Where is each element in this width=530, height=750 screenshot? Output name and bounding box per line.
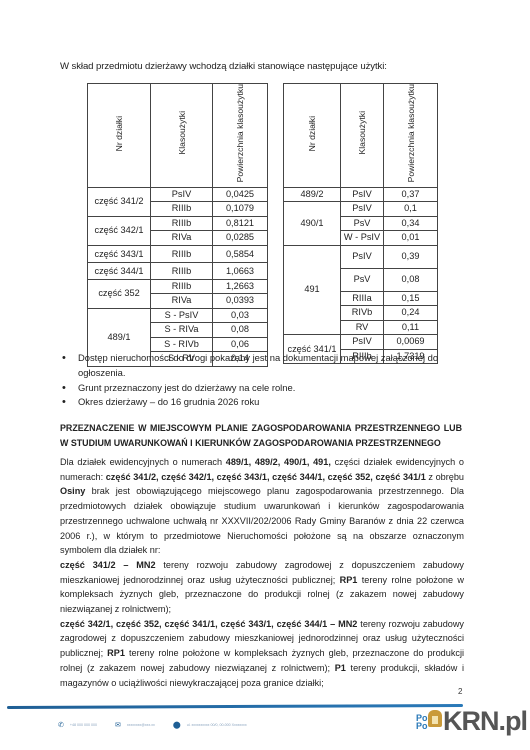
header-area: Powierzchnia klasoużytku — [235, 84, 245, 182]
plot-number-cell: część 344/1 — [88, 262, 151, 279]
land-class-cell: RIVa — [151, 294, 213, 309]
table-row: część 343/1RIIIb0,5854 — [88, 245, 268, 262]
area-cell: 0,08 — [384, 268, 438, 291]
header-land-class: Klasoużytki — [357, 111, 367, 154]
land-class-cell: PsIV — [151, 187, 213, 202]
lease-info-list: Dostęp nieruchomości do drogi pokazany j… — [60, 351, 478, 410]
table-row: część 342/1RIIIb0,8121 — [88, 216, 268, 231]
plot-number-cell: część 342/1 — [88, 216, 151, 245]
land-class-cell: RIIIb — [151, 262, 213, 279]
plots-table-left-body: część 341/2PsIV0,0425RIIIb0,1079część 34… — [88, 187, 268, 366]
paragraph-1: Dla działek ewidencyjnych o numerach 489… — [60, 455, 464, 558]
list-item: Dostęp nieruchomości do drogi pokazany j… — [78, 351, 478, 381]
area-cell: 0,37 — [384, 187, 438, 202]
header-plot-number: Nr działki — [114, 116, 124, 151]
section-heading-line1: PRZEZNACZENIE W MIEJSCOWYM PLANIE ZAGOSP… — [60, 421, 462, 436]
land-class-cell: RIIIb — [151, 202, 213, 217]
plot-number-cell: 490/1 — [284, 202, 341, 246]
land-class-cell: RIIIb — [151, 279, 213, 294]
header-plot-number: Nr działki — [307, 116, 317, 151]
paragraph-2: część 341/2 – MN2 tereny rozwoju zabudow… — [60, 558, 464, 617]
land-class-cell: PsIV — [341, 202, 384, 217]
table-row: 490/1PsIV0,1 — [284, 202, 438, 217]
area-cell: 0,03 — [213, 308, 268, 323]
plot-number-cell: część 352 — [88, 279, 151, 308]
plot-number-cell: 491 — [284, 245, 341, 335]
area-cell: 0,06 — [213, 337, 268, 352]
area-cell: 0,0393 — [213, 294, 268, 309]
area-cell: 0,0425 — [213, 187, 268, 202]
plots-table-left: Nr działki Klasoużytki Powierzchnia klas… — [87, 83, 268, 367]
footer-divider — [7, 704, 463, 709]
land-class-cell: RIIIb — [151, 216, 213, 231]
land-class-cell: S - PsIV — [151, 308, 213, 323]
section-heading-line2: W STUDIUM UWARUNKOWAŃ I KIERUNKÓW ZAGOSP… — [60, 438, 441, 448]
land-class-cell: RIIIb — [151, 245, 213, 262]
table-header-row: Nr działki Klasoużytki Powierzchnia klas… — [88, 84, 268, 188]
land-class-cell: PsV — [341, 216, 384, 231]
area-cell: 1,0663 — [213, 262, 268, 279]
brand-logo-text: PoPo — [416, 714, 428, 730]
area-cell: 0,0285 — [213, 231, 268, 246]
land-class-cell: W - PsIV — [341, 231, 384, 246]
area-cell: 0,5854 — [213, 245, 268, 262]
plots-table-right: Nr działki Klasoużytki Powierzchnia klas… — [283, 83, 438, 364]
footer-contacts: ✆ +48 000 000 000 ✉ xxxxxxxx@xxx.xx ⬤ ul… — [58, 721, 247, 729]
plot-number-cell: część 341/2 — [88, 187, 151, 216]
area-cell: 0,1 — [384, 202, 438, 217]
land-class-cell: S - RIVa — [151, 323, 213, 338]
table-row: część 344/1RIIIb1,0663 — [88, 262, 268, 279]
table-header-row: Nr działki Klasoużytki Powierzchnia klas… — [284, 84, 438, 188]
table-row: 489/2PsIV0,37 — [284, 187, 438, 202]
plots-table-right-body: 489/2PsIV0,37490/1PsIV0,1PsV0,34W - PsIV… — [284, 187, 438, 364]
footer-email[interactable]: ✉ xxxxxxxx@xxx.xx — [115, 721, 155, 729]
footer-phone: ✆ +48 000 000 000 — [58, 721, 97, 729]
area-cell: 0,8121 — [213, 216, 268, 231]
page-number: 2 — [458, 687, 462, 696]
house-logo-icon — [428, 710, 442, 727]
footer-address: ⬤ ul. xxxxxxxxxx 00/0, 00-000 Xxxxxxxx — [173, 721, 247, 729]
table-row: 489/1S - PsIV0,03 — [88, 308, 268, 323]
header-area: Powierzchnia klasoużytku — [406, 84, 416, 182]
land-class-cell: PsIV — [341, 187, 384, 202]
land-class-cell: PsIV — [341, 245, 384, 268]
header-land-class: Klasoużytki — [177, 111, 187, 154]
phone-icon: ✆ — [58, 721, 64, 729]
land-class-cell: PsV — [341, 268, 384, 291]
land-class-cell: RIVa — [151, 231, 213, 246]
intro-text: W skład przedmiotu dzierżawy wchodzą dzi… — [60, 61, 387, 72]
land-class-cell: PsIV — [341, 335, 384, 350]
land-class-cell: S - RIVb — [151, 337, 213, 352]
list-item: Grunt przeznaczony jest do dzierżawy na … — [78, 381, 478, 396]
map-pin-icon: ⬤ — [173, 721, 181, 729]
mail-icon: ✉ — [115, 721, 121, 729]
list-item: Okres dzierżawy – do 16 grudnia 2026 rok… — [78, 395, 478, 410]
area-cell: 0,24 — [384, 306, 438, 321]
plot-number-cell: 489/2 — [284, 187, 341, 202]
area-cell: 0,34 — [384, 216, 438, 231]
area-cell: 0,15 — [384, 291, 438, 306]
land-class-cell: RIIIa — [341, 291, 384, 306]
area-cell: 0,11 — [384, 320, 438, 335]
area-cell: 0,39 — [384, 245, 438, 268]
land-class-cell: RV — [341, 320, 384, 335]
area-cell: 0,08 — [213, 323, 268, 338]
area-cell: 0,0069 — [384, 335, 438, 350]
area-cell: 0,01 — [384, 231, 438, 246]
area-cell: 0,1079 — [213, 202, 268, 217]
table-row: 491PsIV0,39 — [284, 245, 438, 268]
paragraph-3: część 342/1, część 352, część 341/1, czę… — [60, 617, 464, 691]
table-row: część 352RIIIb1,2663 — [88, 279, 268, 294]
zoning-description: Dla działek ewidencyjnych o numerach 489… — [60, 455, 464, 690]
area-cell: 1,2663 — [213, 279, 268, 294]
land-class-cell: RIVb — [341, 306, 384, 321]
table-row: część 341/1PsIV0,0069 — [284, 335, 438, 350]
section-heading: PRZEZNACZENIE W MIEJSCOWYM PLANIE ZAGOSP… — [60, 421, 462, 450]
plot-number-cell: część 343/1 — [88, 245, 151, 262]
table-row: część 341/2PsIV0,0425 — [88, 187, 268, 202]
watermark-logo: KRN.pl — [443, 706, 527, 737]
